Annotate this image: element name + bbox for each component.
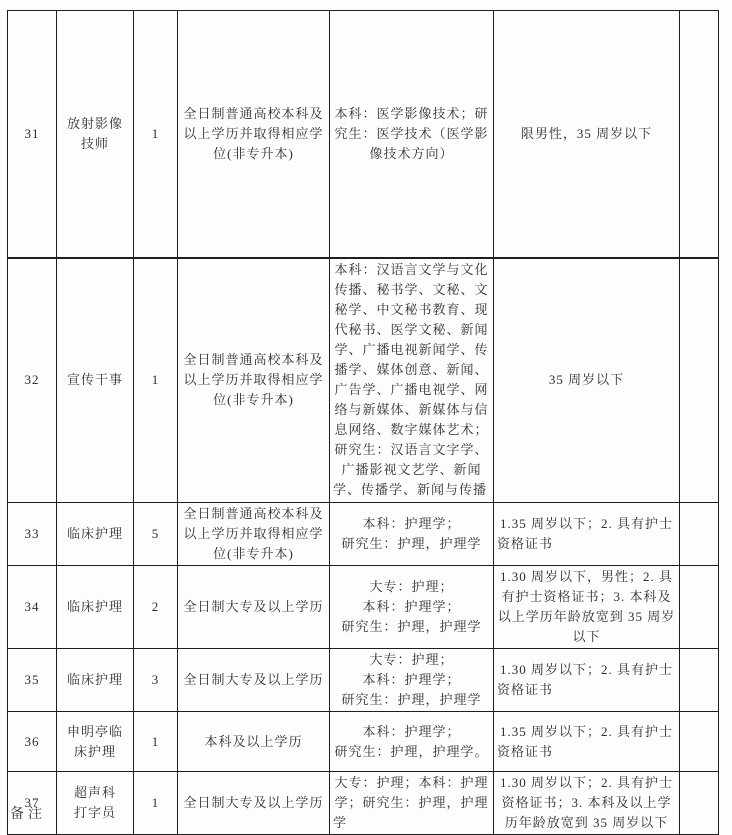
cell-extra — [680, 712, 719, 772]
table-row: 35 临床护理 3 全日制大专及以上学历 大专：护理； 本科：护理学； 研究生：… — [8, 649, 719, 712]
cell-position: 申明亭临 床护理 — [57, 712, 134, 772]
cell-education: 全日制普通高校本科及以上学历并取得相应学位(非专升本) — [178, 11, 330, 258]
cell-majors: 本科：护理学； 研究生：护理，护理学。 — [330, 712, 494, 772]
cell-education: 全日制普通高校本科及以上学历并取得相应学位(非专升本) — [178, 258, 330, 503]
cell-seq: 35 — [8, 649, 57, 712]
cell-position: 临床护理 — [57, 649, 134, 712]
cell-majors: 本科：护理学； 研究生：护理，护理学 — [330, 503, 494, 566]
cell-requirements: 35 周岁以下 — [494, 258, 680, 503]
cell-extra — [680, 566, 719, 649]
cell-count: 5 — [134, 503, 178, 566]
cell-requirements: 1.30 周岁以下，男性；2. 具有护士资格证书；3. 本科及以上学历年龄放宽到… — [494, 566, 680, 649]
cell-majors: 本科：汉语言文学与文化传播、秘书学、文秘、文秘学、中文秘书教育、现代秘书、医学文… — [330, 258, 494, 503]
cell-requirements: 1.30 周岁以下；2. 具有护士资格证书 — [494, 649, 680, 712]
cell-requirements: 1.30 周岁以下；2. 具有护士资格证书；3. 本科及以上学历年龄放宽到 35… — [494, 772, 680, 819]
cell-count: 1 — [134, 258, 178, 503]
table-row: 33 临床护理 5 全日制普通高校本科及以上学历并取得相应学位(非专升本) 本科… — [8, 503, 719, 566]
cell-majors: 本科：医学影像技术；研究生：医学技术（医学影像技术方向） — [330, 11, 494, 258]
table-row: 31 放射影像 技师 1 全日制普通高校本科及以上学历并取得相应学位(非专升本)… — [8, 11, 719, 258]
cell-seq: 34 — [8, 566, 57, 649]
cell-seq: 31 — [8, 11, 57, 258]
recruitment-table: 31 放射影像 技师 1 全日制普通高校本科及以上学历并取得相应学位(非专升本)… — [7, 10, 719, 818]
cell-education: 本科及以上学历 — [178, 712, 330, 772]
cell-position: 放射影像 技师 — [57, 11, 134, 258]
table-row: 32 宣传干事 1 全日制普通高校本科及以上学历并取得相应学位(非专升本) 本科… — [8, 258, 719, 503]
cell-majors: 大专：护理；本科：护理学；研究生：护理，护理学 — [330, 772, 494, 819]
cell-position: 临床护理 — [57, 503, 134, 566]
cell-requirements: 1.35 周岁以下；2. 具有护士资格证书 — [494, 503, 680, 566]
cell-extra — [680, 258, 719, 503]
cell-majors: 大专：护理； 本科：护理学； 研究生：护理，护理学 — [330, 566, 494, 649]
cell-extra — [680, 772, 719, 819]
cell-seq: 36 — [8, 712, 57, 772]
cell-position: 宣传干事 — [57, 258, 134, 503]
cell-extra — [680, 649, 719, 712]
cell-requirements: 限男性，35 周岁以下 — [494, 11, 680, 258]
cell-position: 超声科 打字员 — [57, 772, 134, 819]
table-row: 34 临床护理 2 全日制大专及以上学历 大专：护理； 本科：护理学； 研究生：… — [8, 566, 719, 649]
cell-majors: 大专：护理； 本科：护理学； 研究生：护理，护理学 — [330, 649, 494, 712]
cell-education: 全日制大专及以上学历 — [178, 649, 330, 712]
cell-count: 1 — [134, 712, 178, 772]
cell-seq: 32 — [8, 258, 57, 503]
cell-count: 1 — [134, 11, 178, 258]
remarks-label: 备注 — [10, 806, 46, 818]
cell-education: 全日制大专及以上学历 — [178, 772, 330, 819]
cell-requirements: 1.35 周岁以下；2. 具有护士资格证书 — [494, 712, 680, 772]
cell-extra — [680, 503, 719, 566]
table-row: 37 超声科 打字员 1 全日制大专及以上学历 大专：护理；本科：护理学；研究生… — [8, 772, 719, 819]
recruitment-table-container: 31 放射影像 技师 1 全日制普通高校本科及以上学历并取得相应学位(非专升本)… — [7, 10, 719, 818]
cell-seq: 33 — [8, 503, 57, 566]
cell-count: 3 — [134, 649, 178, 712]
cell-position: 临床护理 — [57, 566, 134, 649]
cell-education: 全日制大专及以上学历 — [178, 566, 330, 649]
cell-count: 1 — [134, 772, 178, 819]
table-row: 36 申明亭临 床护理 1 本科及以上学历 本科：护理学； 研究生：护理，护理学… — [8, 712, 719, 772]
cell-count: 2 — [134, 566, 178, 649]
cell-extra — [680, 11, 719, 258]
cell-education: 全日制普通高校本科及以上学历并取得相应学位(非专升本) — [178, 503, 330, 566]
